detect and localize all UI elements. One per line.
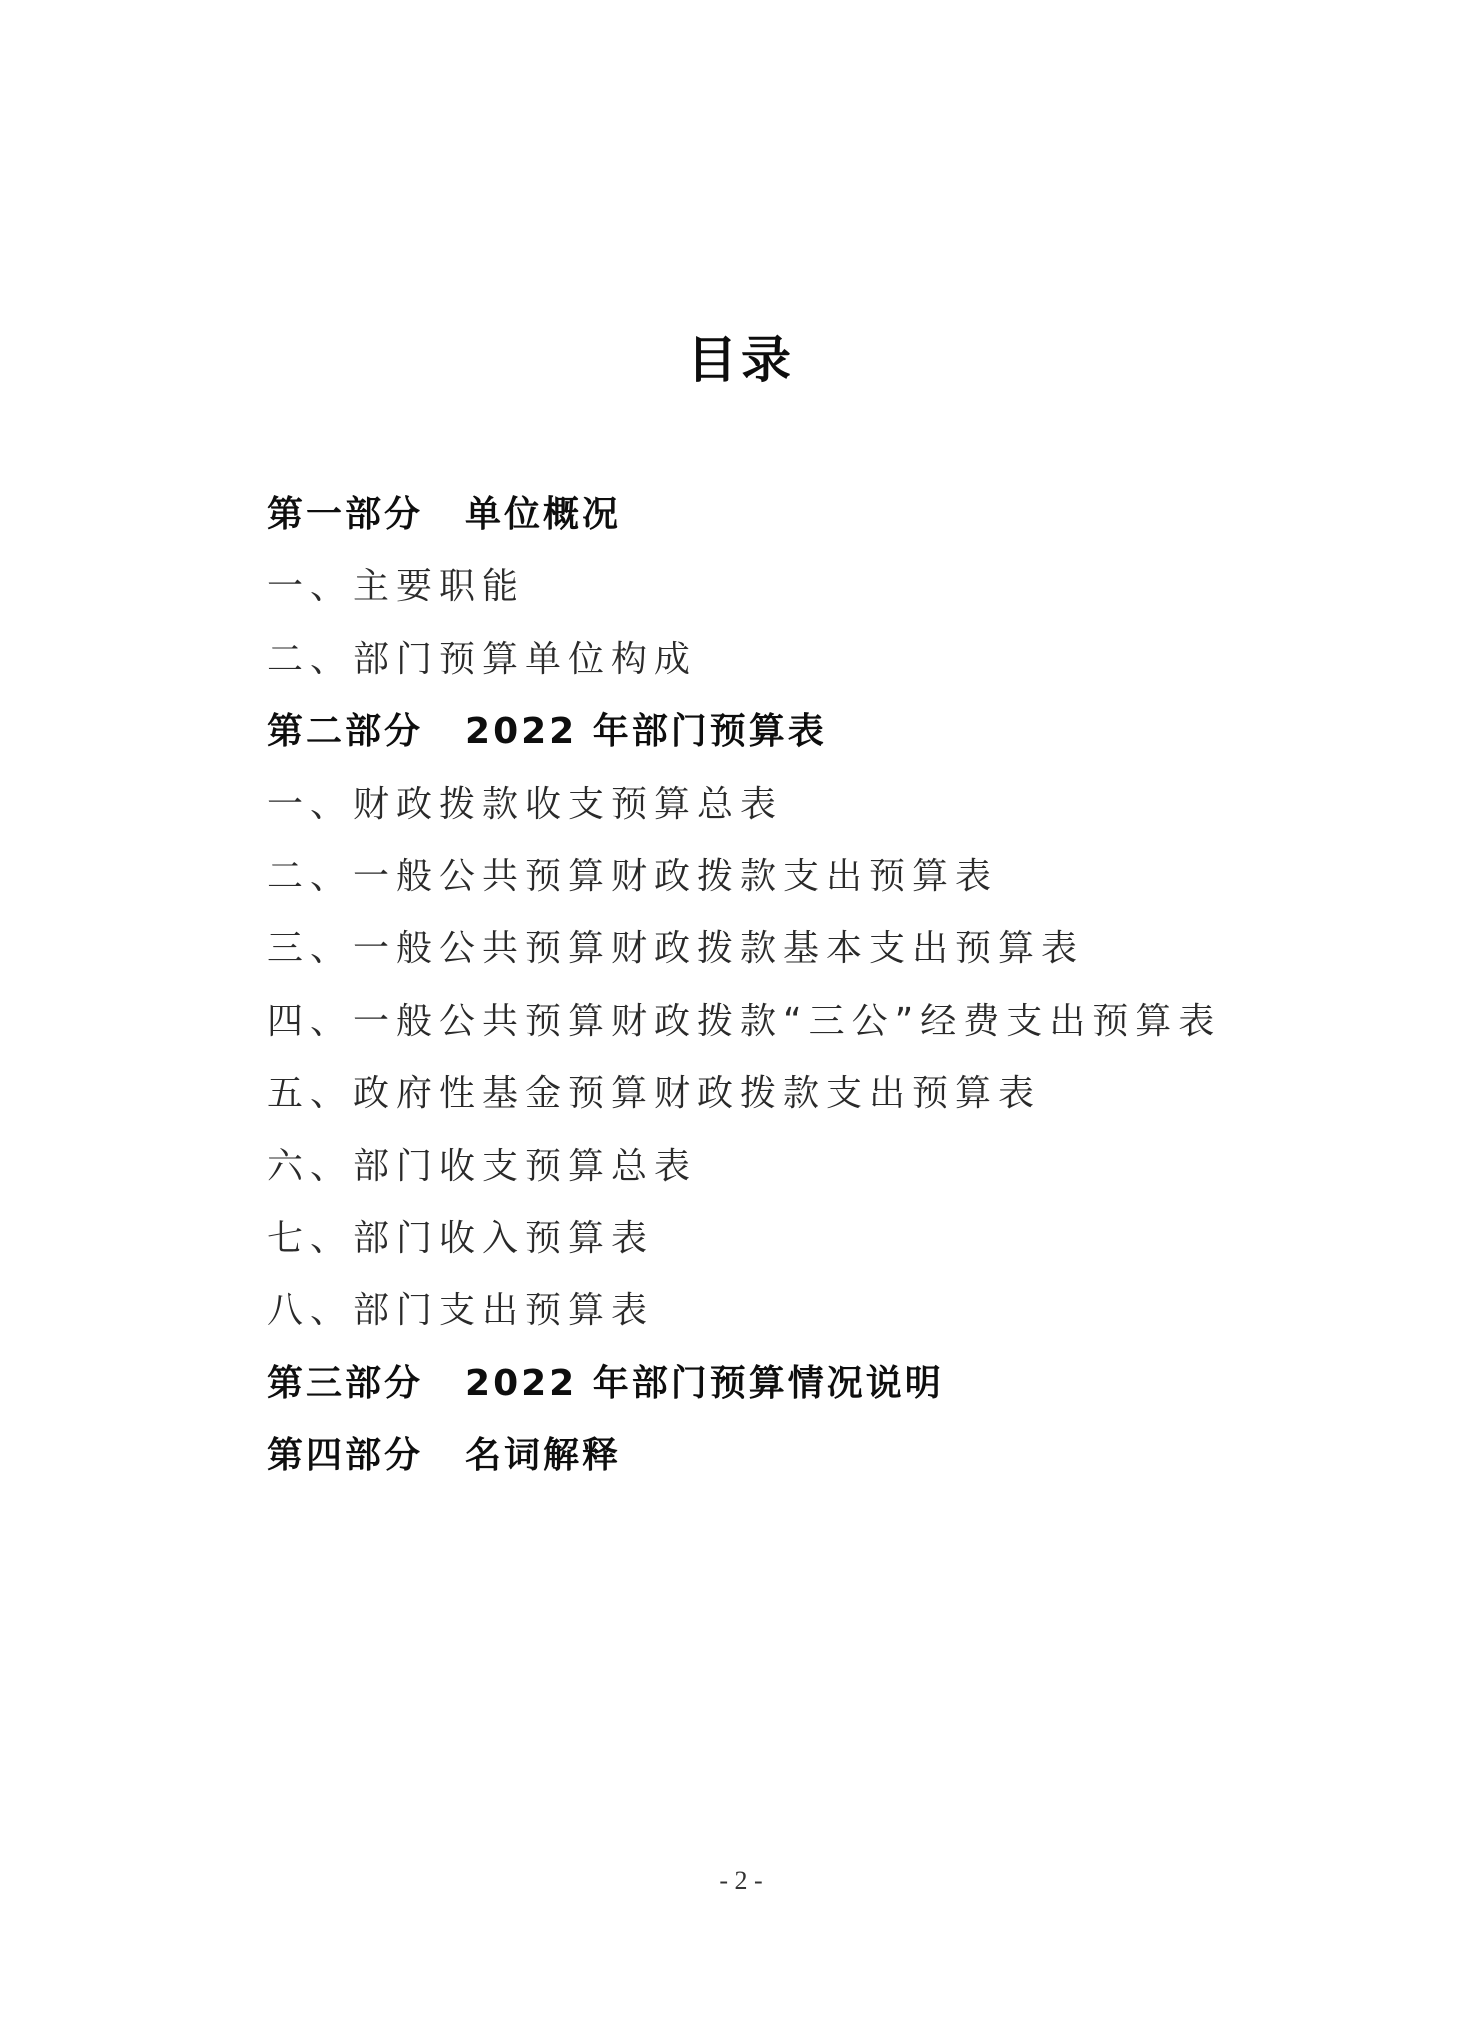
toc-item: 二、一般公共预算财政拨款支出预算表 [267, 847, 1267, 919]
part-title: 单位概况 [465, 485, 621, 545]
page-title: 目录 [0, 330, 1482, 390]
toc-item: 一、财政拨款收支预算总表 [267, 775, 1267, 847]
toc-item: 五、政府性基金预算财政拨款支出预算表 [267, 1064, 1267, 1136]
toc-part-3: 第三部分2022 年部门预算情况说明 [267, 1354, 1267, 1426]
part-label: 第四部分 [267, 1426, 423, 1486]
part-label: 第一部分 [267, 485, 423, 545]
toc-part-1: 第一部分单位概况 [267, 485, 1267, 557]
part-title: 2022 年部门预算表 [465, 702, 827, 762]
toc-item: 二、部门预算单位构成 [267, 630, 1267, 702]
document-page: 目录 第一部分单位概况 一、主要职能 二、部门预算单位构成 第二部分2022 年… [0, 0, 1482, 2022]
toc-item: 四、一般公共预算财政拨款“三公”经费支出预算表 [267, 992, 1267, 1064]
part-title: 2022 年部门预算情况说明 [465, 1354, 944, 1414]
toc-item: 一、主要职能 [267, 557, 1267, 629]
toc-part-4: 第四部分名词解释 [267, 1426, 1267, 1498]
toc-item: 三、一般公共预算财政拨款基本支出预算表 [267, 919, 1267, 991]
toc-item: 八、部门支出预算表 [267, 1281, 1267, 1353]
part-label: 第二部分 [267, 702, 423, 762]
toc-item: 六、部门收支预算总表 [267, 1137, 1267, 1209]
part-label: 第三部分 [267, 1354, 423, 1414]
toc-item: 七、部门收入预算表 [267, 1209, 1267, 1281]
table-of-contents: 第一部分单位概况 一、主要职能 二、部门预算单位构成 第二部分2022 年部门预… [267, 485, 1267, 1498]
page-number: - 2 - [0, 1866, 1482, 1896]
part-title: 名词解释 [465, 1426, 621, 1486]
toc-part-2: 第二部分2022 年部门预算表 [267, 702, 1267, 774]
